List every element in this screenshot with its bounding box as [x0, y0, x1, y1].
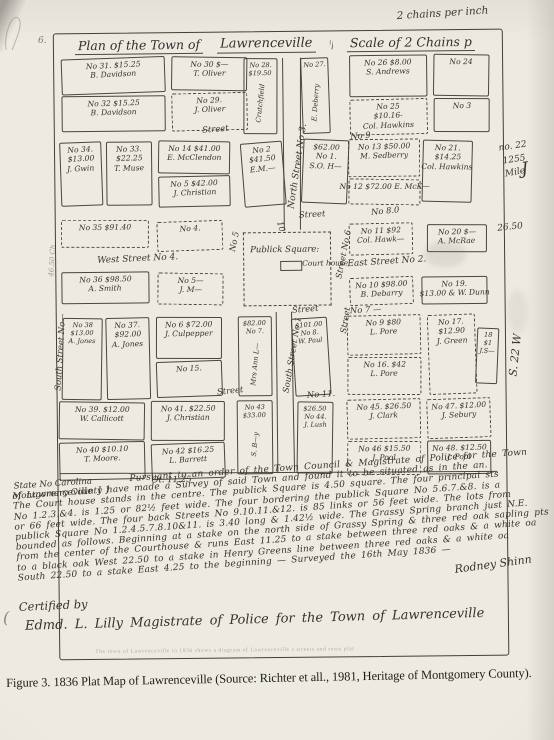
lot-26: No 26 $8.00S. Andrews — [349, 54, 427, 97]
street-label: Street — [202, 123, 229, 135]
lot-label: No 7. — [246, 327, 264, 336]
street-label: No 9 — [350, 130, 371, 142]
lot-10: No 10 $98.00B. Debarry — [349, 276, 414, 306]
lot-label: No 27. — [303, 60, 326, 69]
publick-square-label: Publick Square: — [250, 245, 319, 256]
lot-label: B. Davidson — [91, 108, 137, 119]
lot-label: J.S— — [480, 347, 496, 356]
lot-32: No 32 $15.25B. Davidson — [61, 95, 165, 132]
lot-label: E. McClendon — [167, 153, 221, 163]
lot-7: $82.00No 7.Mrs Ann L— — [238, 316, 273, 396]
lot-label: L. Pore — [370, 327, 398, 338]
margin-note: J — [520, 159, 529, 180]
lot-label: M. Sedberry — [360, 151, 408, 162]
lot-11: No 11 $92Col. Hawk— — [349, 222, 414, 255]
title-prefix: Plan of the Town of — [75, 37, 203, 55]
title-scale: Scale of 2 Chains p — [347, 34, 475, 52]
lot-31: No 31. $15.25B. Davidson — [61, 56, 166, 96]
lot-34: No 34.$13.00J. Gwin — [59, 141, 103, 206]
lot-label: J. Green — [436, 335, 467, 346]
scale-note: 2 chains per inch — [396, 4, 488, 22]
lot-label: J. Gwin — [67, 163, 95, 174]
lot-47: No 47. $12.00J. Sebury — [426, 397, 491, 439]
lot-label: No 3 — [452, 101, 471, 111]
lot-label: $14.25 — [434, 153, 461, 163]
lot-12: No 12 $72.00 E. McK— — [348, 178, 420, 205]
margin-note: S. 22 W — [506, 333, 524, 377]
lot-label: $33.00 — [243, 411, 266, 420]
lot-label: W. Paul — [298, 336, 323, 346]
lot-label: No 1. — [315, 152, 336, 162]
lot-label: Col. Hawk— — [357, 234, 405, 245]
lot-owner-vertical: Crutchfield — [254, 84, 266, 123]
lot-label: Col. Hawkins — [422, 162, 473, 172]
lot-label: J. Christian — [173, 188, 216, 199]
margin-notes-layer: no. 221255MileJ26.50S. 22 W — [0, 0, 550, 3]
lot-label: T. Oliver — [193, 69, 225, 79]
lot-label: B. Davidson — [90, 69, 136, 81]
street-label: Street — [292, 303, 319, 315]
lot-6: No 6 $72.00J. Culpepper — [156, 317, 222, 359]
lot-label: T. Muse — [114, 163, 144, 173]
lot-3: No 3 — [434, 98, 490, 132]
lot-37: No 37.$92.00A. Jones — [105, 317, 151, 400]
lot-label: E.M.— — [250, 163, 277, 175]
lots-layer: No 31. $15.25B. DavidsonNo 32 $15.25B. D… — [0, 0, 550, 3]
lot-owner-vertical: E. Deberry — [310, 84, 321, 122]
street-labels-layer: StreetNorth Street No 3.No 9StreetNo 8.0… — [0, 0, 550, 3]
lot-label: A. Jones — [69, 337, 96, 345]
lot-35: No 35 $91.40 — [61, 220, 149, 248]
publick-square: Publick Square: Court house — [243, 231, 332, 306]
plat-map: 2 chains per inch Plan of the Town of La… — [0, 0, 554, 740]
lot-label: $19.50 — [249, 69, 272, 78]
lot-owner-vertical: S. B—y — [250, 432, 260, 457]
lot-16: No 16. $42L. Pore — [347, 357, 421, 395]
lot-1: $62.00No 1.S.O. H— — [301, 139, 350, 205]
scanned-page: 6. ( 2 chains per inch Plan of the Town … — [0, 0, 554, 740]
lot-2: No 2$41.50E.M.— — [240, 141, 287, 208]
courthouse-symbol — [280, 261, 302, 271]
lot-label: A. Smith — [89, 284, 122, 294]
lot-45: No 45. $26.50J. Clark — [346, 398, 421, 440]
lot-owner-vertical: Mrs Ann L— — [249, 342, 261, 386]
lot-label: J. Christian — [166, 413, 209, 423]
lot-5b: No 5—J. M— — [157, 272, 223, 305]
lot-label: J. Sebury — [441, 410, 476, 421]
lot-18: 18$1J.S— — [475, 327, 499, 384]
lot-label: No 15. — [176, 363, 202, 374]
lot-label: J. Oliver — [194, 105, 225, 116]
lot-label: No 12 $72.00 E. McK— — [339, 182, 429, 192]
lot-label: J. Clark — [369, 411, 398, 422]
lot-label: No 4. — [179, 223, 200, 234]
margin-note: 26.50 — [497, 221, 524, 233]
lot-label: No 24 — [450, 57, 473, 67]
title-town-name: Lawrenceville — [217, 36, 315, 54]
lot-label: S.O. H— — [309, 161, 341, 171]
lot-label: L. Pore — [371, 369, 399, 379]
lot-label: A. Jones — [112, 339, 144, 350]
lot-39: No 39. $12.00W. Callicott — [59, 401, 146, 440]
lot-38: No 38$13.00A. Jones — [62, 318, 103, 401]
lot-15: No 15. — [156, 360, 223, 398]
lot-label: J. Lush — [304, 421, 327, 429]
lot-label: W. Callicott — [80, 414, 124, 424]
lot-21: No 21.$14.25Col. Hawkins — [421, 140, 472, 203]
lot-label: $13.00 & W. Dunn — [419, 288, 489, 299]
street-label: No 7 — — [350, 304, 382, 315]
scan-smudge — [507, 289, 527, 333]
lot-33: No 33.$22.25T. Muse — [106, 141, 153, 205]
lot-label: B. Debarry — [360, 288, 402, 300]
lot-label: No 35 $91.40 — [79, 222, 131, 232]
lot-14: No 14 $41.00E. McClendon — [158, 140, 230, 174]
lot-43: No 43$33.00S. B—y — [237, 400, 274, 474]
lot-28: No 28.$19.50Crutchfield — [243, 58, 277, 134]
lot-17: No 17.$12.90J. Green — [427, 313, 478, 395]
lot-41: No 41. $22.50J. Christian — [151, 401, 225, 441]
street-label: Street — [299, 208, 326, 220]
lot-label: J. M— — [179, 285, 202, 295]
lot-label: T. Moore. — [84, 454, 121, 465]
lot-36: No 36 $98.50A. Smith — [61, 271, 149, 304]
lot-9: No 9 $80L. Pore — [347, 314, 422, 356]
lot-27: No 27.E. Deberry — [300, 57, 331, 134]
lot-4b: No 4. — [156, 220, 223, 252]
lot-19: No 19.$13.00 & W. Dunn — [421, 276, 487, 305]
lot-label: L. Barrett — [169, 454, 207, 465]
street-label: No 11. — [307, 388, 336, 400]
lot-13: No 13 $50.00M. Sedberry — [348, 139, 420, 178]
lot-5: No 5 $42.00J. Christian — [158, 175, 231, 208]
lot-label: J. Culpepper — [165, 329, 213, 339]
lot-24: No 24 — [433, 54, 490, 97]
lot-label: Col. Hawkins — [363, 120, 414, 132]
lot-label: S. Andrews — [366, 67, 410, 78]
lot-30: No 30 $—T. Oliver — [171, 56, 247, 91]
ink-scratch-mark — [329, 40, 333, 49]
